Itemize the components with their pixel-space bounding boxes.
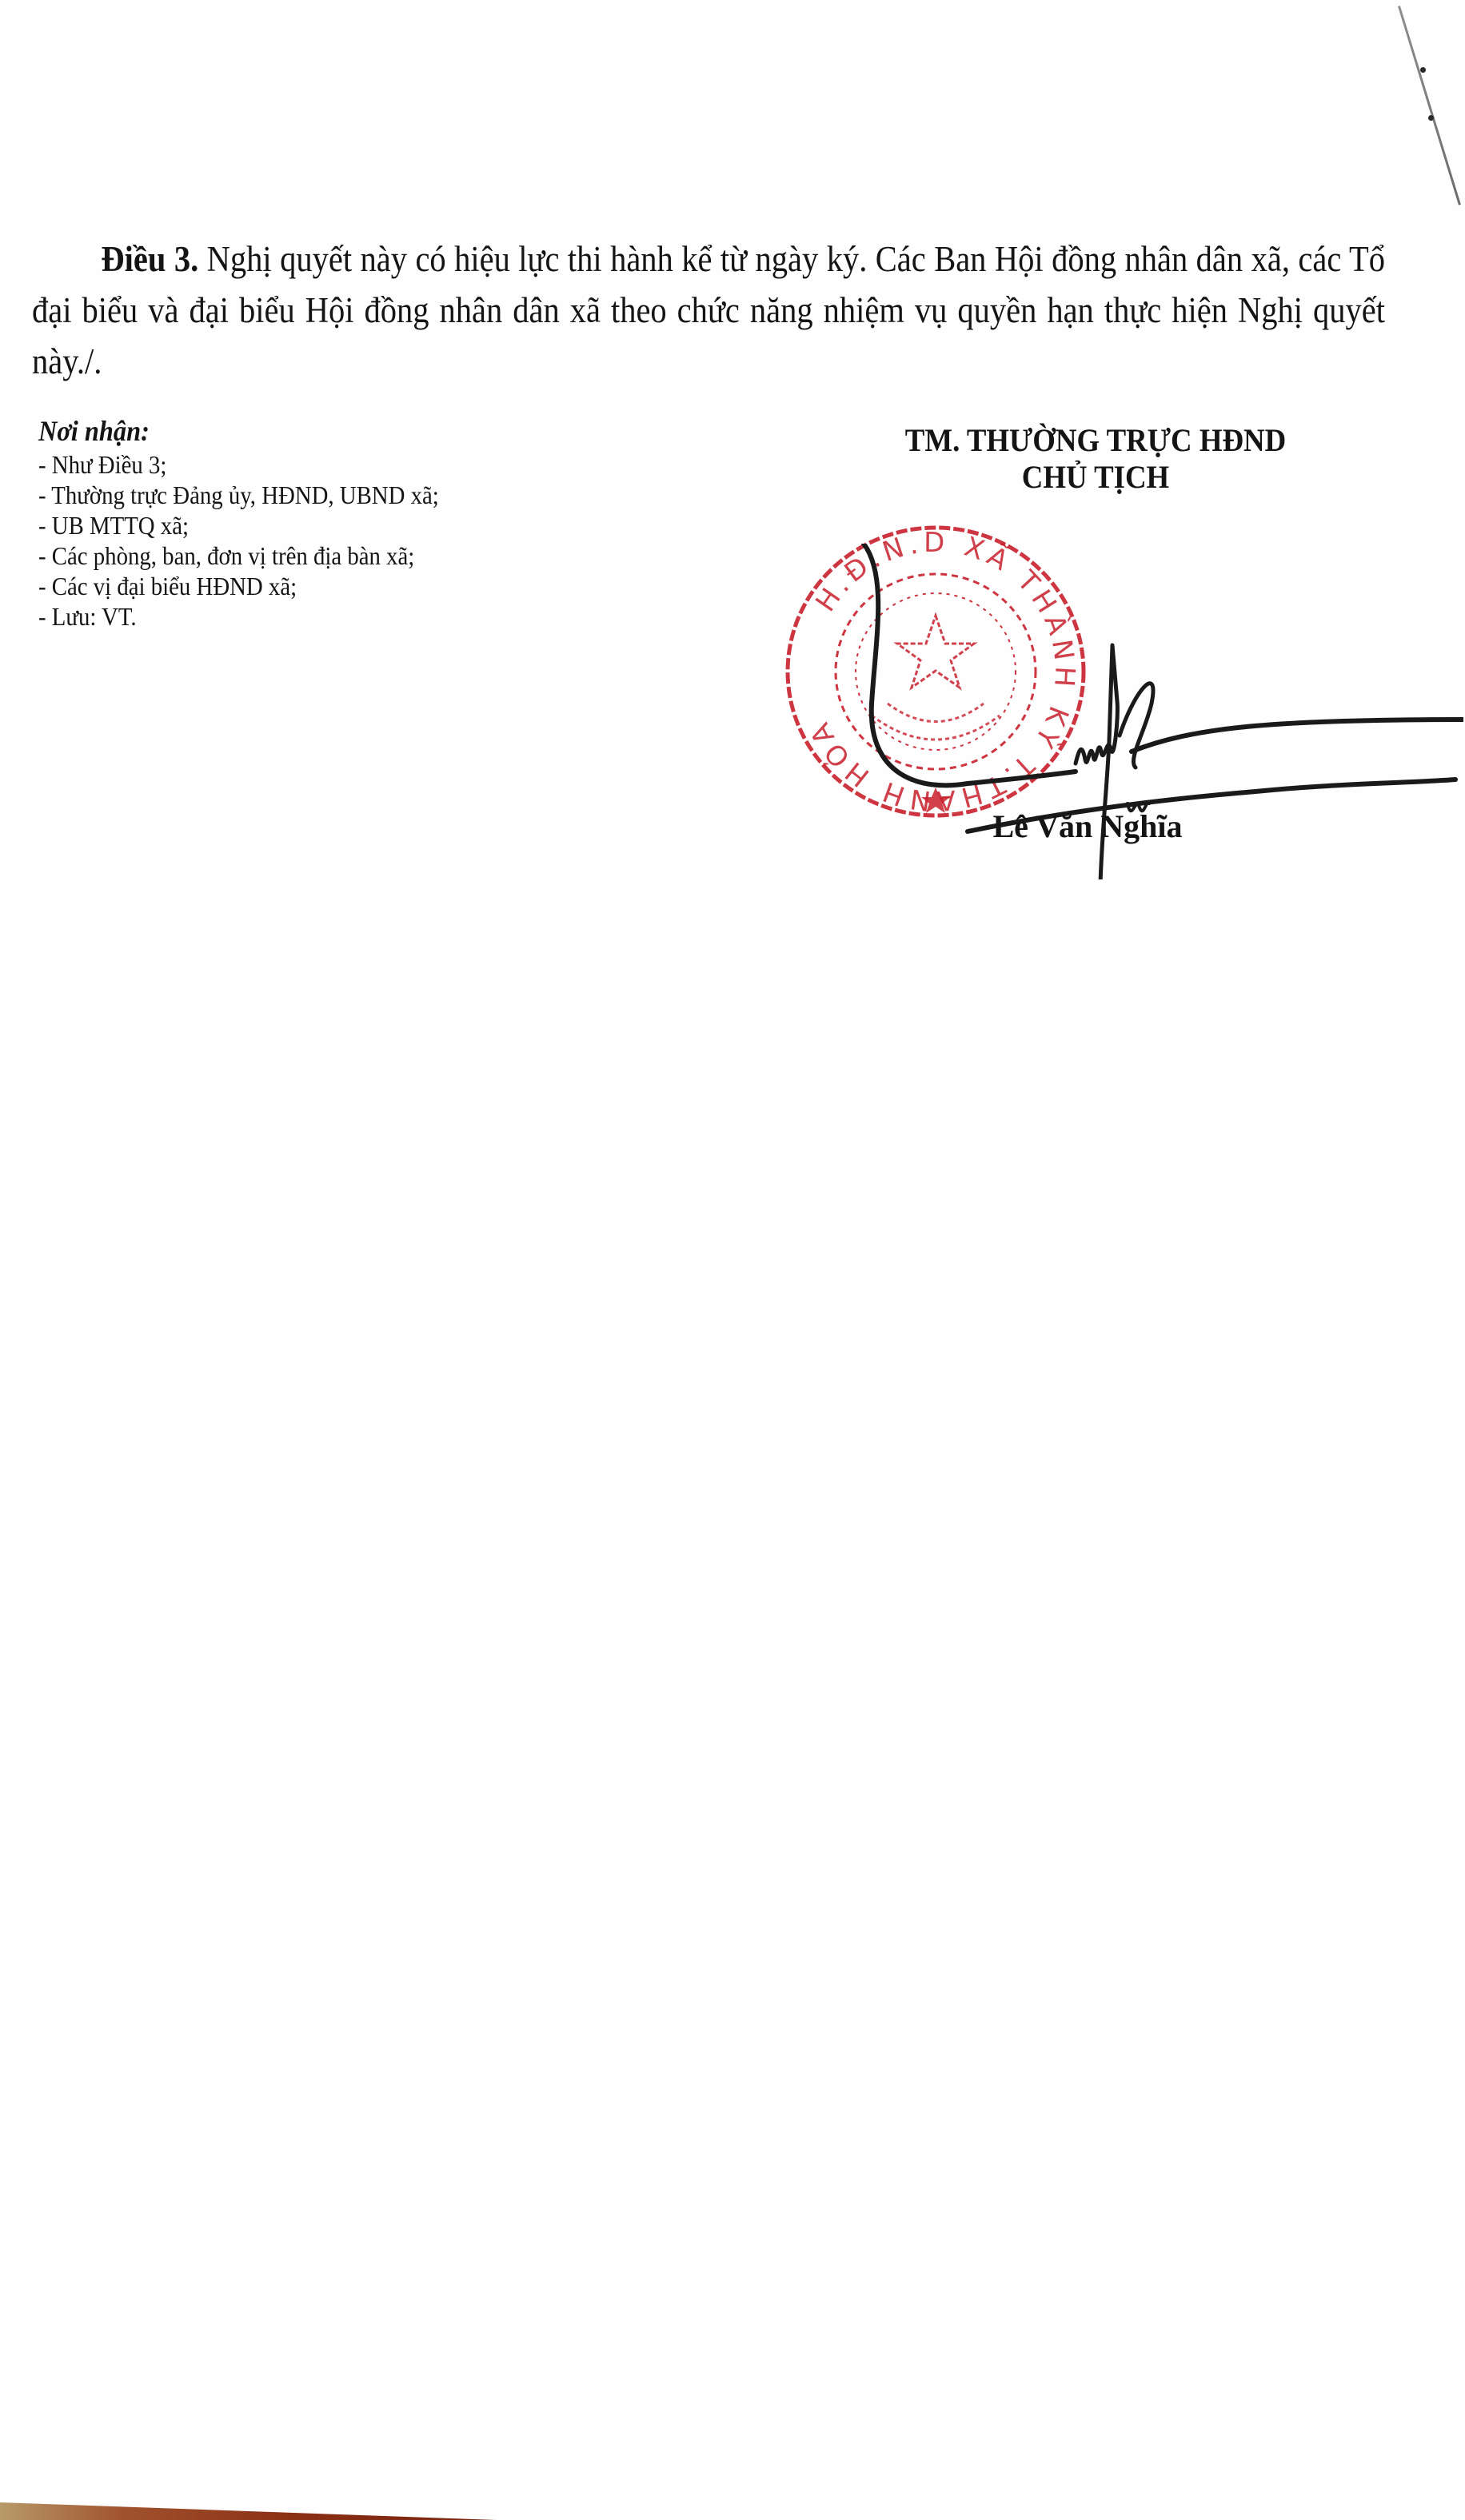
signer-name: Lê Văn Nghĩa (928, 807, 1247, 845)
signature-block: TM. THƯỜNG TRỰC HĐND CHỦ TỊCH (768, 422, 1423, 496)
article-text: Nghị quyết này có hiệu lực thi hành kể t… (32, 239, 1385, 381)
table-surface (0, 2496, 496, 2520)
article-paragraph: Điều 3. Nghị quyết này có hiệu lực thi h… (32, 233, 1385, 387)
recipient-item: - Thường trực Đảng ủy, HĐND, UBND xã; (38, 480, 585, 510)
recipient-item: - UB MTTQ xã; (38, 510, 585, 540)
document-page: Điều 3. Nghị quyết này có hiệu lực thi h… (0, 0, 1465, 2520)
recipient-item: - Các vị đại biểu HĐND xã; (38, 571, 585, 601)
recipient-item: - Lưu: VT. (38, 601, 585, 632)
recipients-title: Nơi nhận: (38, 416, 585, 446)
speck (1420, 67, 1426, 73)
paper-fold-edge (1398, 6, 1461, 205)
recipients-list: - Như Điều 3; - Thường trực Đảng ủy, HĐN… (38, 449, 585, 632)
recipients-block: Nơi nhận: - Như Điều 3; - Thường trực Đả… (38, 416, 585, 632)
signer-role: TM. THƯỜNG TRỰC HĐND (794, 422, 1397, 459)
article-label: Điều 3. (101, 239, 198, 279)
recipient-item: - Như Điều 3; (38, 449, 585, 480)
recipient-item: - Các phòng, ban, đơn vị trên địa bàn xã… (38, 540, 585, 571)
article-3: Điều 3. Nghị quyết này có hiệu lực thi h… (32, 233, 1255, 387)
speck (1428, 115, 1434, 121)
signer-title: CHỦ TỊCH (794, 459, 1397, 496)
